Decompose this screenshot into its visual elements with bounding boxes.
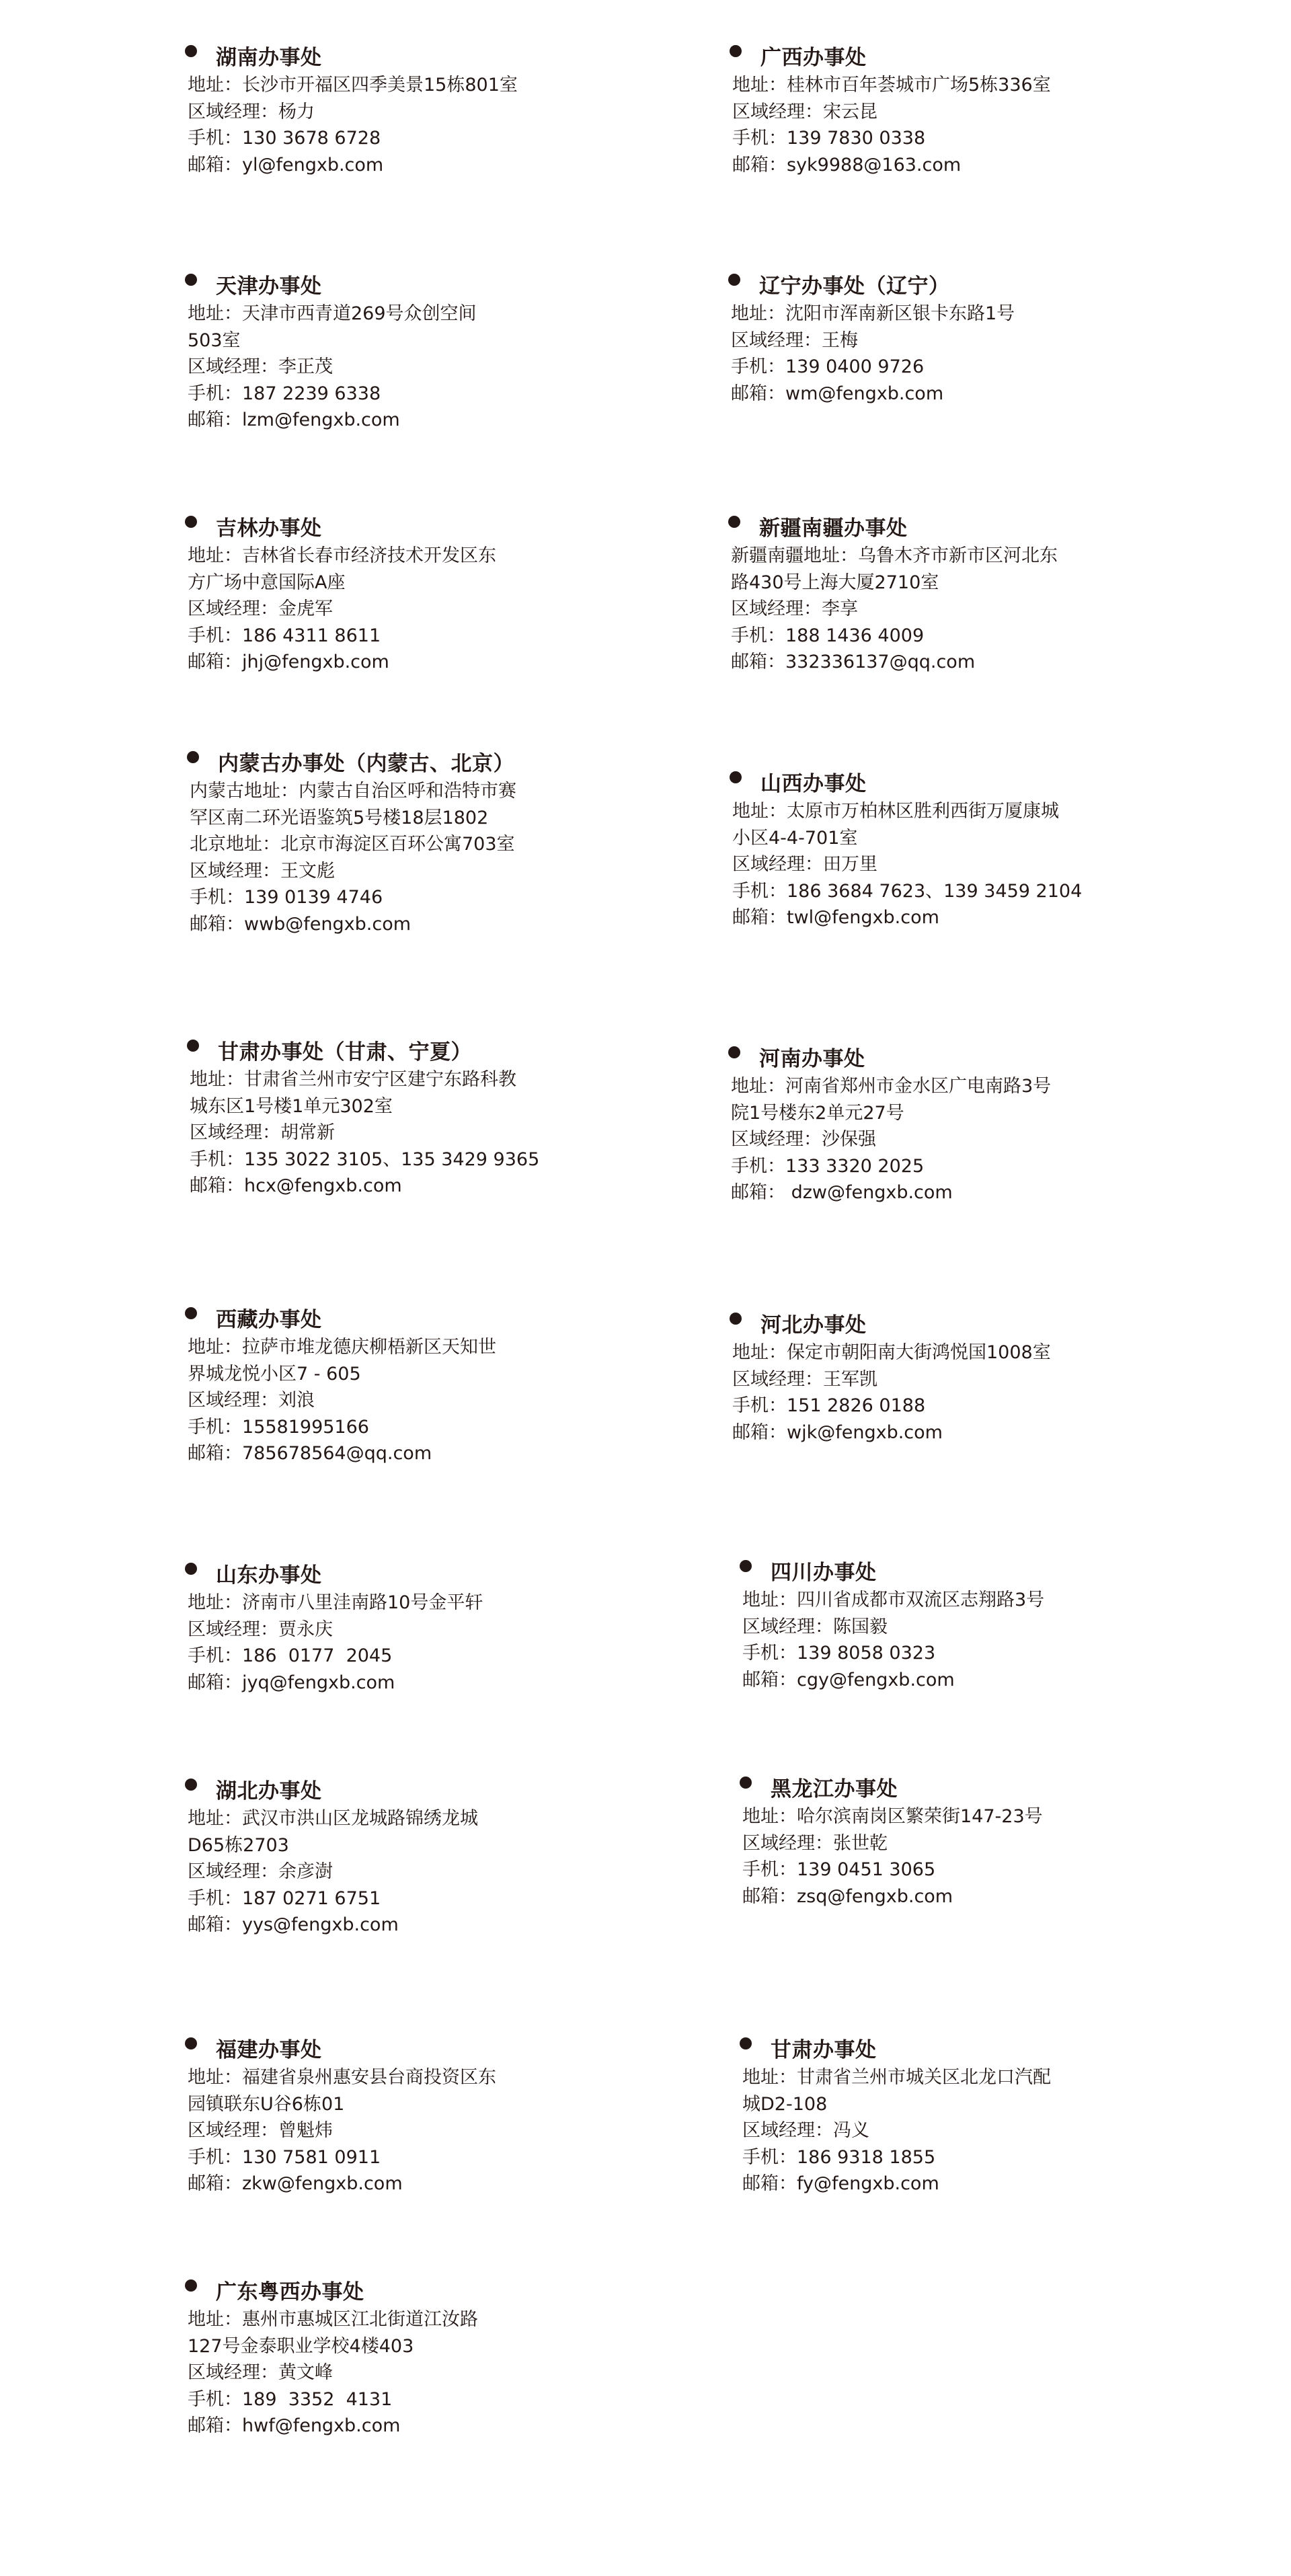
- bullet-icon: [185, 274, 197, 286]
- bullet-icon: [728, 1046, 740, 1058]
- office-address-cont: 127号金泰职业学校4楼403: [188, 2333, 561, 2360]
- office-manager: 区域经理：田万里: [732, 851, 1133, 878]
- bullet-icon: [728, 274, 740, 286]
- office-address-cont: 城东区1号楼1单元302室: [190, 1093, 590, 1120]
- office-hunan: 湖南办事处 地址：长沙市开福区四季美景15栋801室 区域经理：杨力 手机：13…: [185, 38, 561, 178]
- office-title: 山东办事处: [216, 1558, 322, 1588]
- office-phone: 手机：186 9318 1855: [742, 2144, 1116, 2171]
- office-manager: 区域经理：金虎军: [188, 596, 561, 623]
- office-liaoning: 辽宁办事处（辽宁） 地址：沈阳市浑南新区银卡东路1号 区域经理：王梅 手机：13…: [728, 267, 1105, 407]
- office-address: 地址：太原市万柏林区胜利西街万厦康城: [732, 798, 1133, 825]
- office-manager: 区域经理：王梅: [731, 327, 1105, 354]
- office-email: 邮箱：twl@fengxb.com: [732, 904, 1133, 931]
- office-email: 邮箱：yl@fengxb.com: [188, 152, 561, 179]
- office-title: 西藏办事处: [216, 1302, 322, 1333]
- office-address: 地址：桂林市百年荟城市广场5栋336室: [732, 72, 1106, 99]
- bullet-icon: [185, 1563, 197, 1575]
- office-address: 地址：吉林省长春市经济技术开发区东: [188, 543, 561, 570]
- office-address: 新疆南疆地址：乌鲁木齐市新市区河北东: [731, 543, 1105, 570]
- office-manager: 区域经理：王文彪: [190, 858, 590, 885]
- office-title: 湖南办事处: [216, 40, 322, 71]
- office-phone: 手机：186 0177 2045: [188, 1643, 561, 1670]
- office-title: 甘肃办事处（甘肃、宁夏）: [218, 1035, 472, 1065]
- office-email: 邮箱：wwb@fengxb.com: [190, 911, 590, 938]
- office-phone: 手机：133 3320 2025: [731, 1153, 1105, 1180]
- office-title: 福建办事处: [216, 2033, 322, 2063]
- office-shanxi: 山西办事处 地址：太原市万柏林区胜利西街万厦康城 小区4-4-701室 区域经理…: [730, 765, 1133, 931]
- office-fujian: 福建办事处 地址：福建省泉州惠安县台商投资区东 园镇联东U谷6栋01 区域经理：…: [185, 2031, 561, 2197]
- office-phone: 手机：139 0451 3065: [742, 1857, 1116, 1883]
- bullet-icon: [728, 516, 740, 528]
- office-address-cont: 路430号上海大厦2710室: [731, 570, 1105, 596]
- office-address-cont: 园镇联东U谷6栋01: [188, 2091, 561, 2118]
- office-title: 天津办事处: [216, 269, 322, 299]
- office-phone: 手机：186 3684 7623、139 3459 2104: [732, 878, 1133, 905]
- office-manager: 区域经理：冯义: [742, 2117, 1116, 2144]
- office-address: 地址：甘肃省兰州市安宁区建宁东路科教: [190, 1066, 590, 1093]
- bullet-icon: [187, 1040, 199, 1052]
- office-title: 辽宁办事处（辽宁）: [759, 269, 950, 299]
- office-address: 地址：福建省泉州惠安县台商投资区东: [188, 2064, 561, 2091]
- office-email: 邮箱：cgy@fengxb.com: [742, 1667, 1116, 1694]
- office-title: 湖北办事处: [216, 1774, 322, 1804]
- office-email: 邮箱：jhj@fengxb.com: [188, 649, 561, 676]
- office-email: 邮箱：wm@fengxb.com: [731, 381, 1105, 407]
- office-email: 邮箱：jyq@fengxb.com: [188, 1670, 561, 1696]
- office-manager: 区域经理：沙保强: [731, 1126, 1105, 1153]
- office-xinjiang-south: 新疆南疆办事处 新疆南疆地址：乌鲁木齐市新市区河北东 路430号上海大厦2710…: [728, 509, 1105, 676]
- office-sichuan: 四川办事处 地址：四川省成都市双流区志翔路3号 区域经理：陈国毅 手机：139 …: [740, 1553, 1116, 1693]
- office-manager: 区域经理：曾魁炜: [188, 2117, 561, 2144]
- bullet-icon: [730, 771, 742, 783]
- office-manager: 区域经理：王军凯: [732, 1366, 1106, 1393]
- office-email: 邮箱：lzm@fengxb.com: [188, 407, 561, 434]
- office-tibet: 西藏办事处 地址：拉萨市堆龙德庆柳梧新区天知世 界城龙悦小区7 - 605 区域…: [185, 1300, 561, 1467]
- office-email: 邮箱：syk9988@163.com: [732, 152, 1106, 179]
- office-address: 地址：河南省郑州市金水区广电南路3号: [731, 1073, 1105, 1100]
- office-gansu: 甘肃办事处 地址：甘肃省兰州市城关区北龙口汽配 城D2-108 区域经理：冯义 …: [740, 2031, 1116, 2197]
- office-phone: 手机：187 2239 6338: [188, 381, 561, 407]
- office-address: 地址：武汉市洪山区龙城路锦绣龙城: [188, 1805, 561, 1832]
- office-manager: 区域经理：李享: [731, 596, 1105, 623]
- bullet-icon: [740, 2037, 752, 2050]
- office-address-cont: 界城龙悦小区7 - 605: [188, 1361, 561, 1388]
- office-email: 邮箱：hcx@fengxb.com: [190, 1173, 590, 1200]
- office-email: 邮箱：hwf@fengxb.com: [188, 2413, 561, 2440]
- office-address: 地址：天津市西青道269号众创空间: [188, 301, 561, 327]
- office-phone: 手机：189 3352 4131: [188, 2386, 561, 2413]
- office-manager: 区域经理：杨力: [188, 99, 561, 126]
- office-phone: 手机：139 7830 0338: [732, 125, 1106, 152]
- office-hubei: 湖北办事处 地址：武汉市洪山区龙城路锦绣龙城 D65栋2703 区域经理：余彦澍…: [185, 1772, 561, 1939]
- office-email: 邮箱：fy@fengxb.com: [742, 2171, 1116, 2197]
- office-phone: 手机：188 1436 4009: [731, 623, 1105, 650]
- office-address: 地址：哈尔滨南岗区繁荣街147-23号: [742, 1803, 1116, 1830]
- bullet-icon: [185, 1779, 197, 1791]
- office-phone: 手机：135 3022 3105、135 3429 9365: [190, 1146, 590, 1173]
- office-email: 邮箱：785678564@qq.com: [188, 1440, 561, 1467]
- office-address-cont: 503室: [188, 327, 561, 354]
- office-address-beijing: 北京地址：北京市海淀区百环公寓703室: [190, 831, 590, 858]
- office-phone: 手机：15581995166: [188, 1414, 561, 1441]
- office-email: 邮箱：zkw@fengxb.com: [188, 2171, 561, 2197]
- office-title: 内蒙古办事处（内蒙古、北京）: [218, 746, 514, 777]
- office-phone: 手机：139 0400 9726: [731, 354, 1105, 381]
- bullet-icon: [740, 1560, 752, 1572]
- office-manager: 区域经理：李正茂: [188, 354, 561, 381]
- office-phone: 手机：139 0139 4746: [190, 884, 590, 911]
- office-manager: 区域经理：黄文峰: [188, 2359, 561, 2386]
- office-title: 新疆南疆办事处: [759, 511, 908, 541]
- office-phone: 手机：187 0271 6751: [188, 1885, 561, 1912]
- office-email: 邮箱：wjk@fengxb.com: [732, 1419, 1106, 1446]
- bullet-icon: [185, 45, 197, 57]
- office-title: 山西办事处: [760, 767, 867, 797]
- office-phone: 手机：151 2826 0188: [732, 1393, 1106, 1419]
- office-address: 地址：惠州市惠城区江北街道江汝路: [188, 2306, 561, 2333]
- office-address: 地址：长沙市开福区四季美景15栋801室: [188, 72, 561, 99]
- bullet-icon: [730, 1313, 742, 1325]
- office-address-cont: 城D2-108: [742, 2091, 1116, 2118]
- office-title: 河南办事处: [759, 1042, 865, 1072]
- office-address: 地址：四川省成都市双流区志翔路3号: [742, 1587, 1116, 1614]
- office-title: 黑龙江办事处: [771, 1772, 898, 1802]
- bullet-icon: [730, 45, 742, 57]
- office-manager: 区域经理：陈国毅: [742, 1614, 1116, 1641]
- bullet-icon: [185, 2279, 197, 2292]
- office-address-cont: 院1号楼东2单元27号: [731, 1100, 1105, 1127]
- bullet-icon: [187, 751, 199, 763]
- office-address-cont: D65栋2703: [188, 1832, 561, 1859]
- office-email: 邮箱：yys@fengxb.com: [188, 1912, 561, 1939]
- office-manager: 区域经理：余彦澍: [188, 1859, 561, 1885]
- office-manager: 区域经理：刘浪: [188, 1387, 561, 1414]
- office-gansu-ningxia: 甘肃办事处（甘肃、宁夏） 地址：甘肃省兰州市安宁区建宁东路科教 城东区1号楼1单…: [187, 1033, 590, 1200]
- office-title: 广西办事处: [760, 40, 867, 71]
- office-inner-mongolia: 内蒙古办事处（内蒙古、北京） 内蒙古地址：内蒙古自治区呼和浩特市赛 罕区南二环光…: [187, 744, 590, 937]
- office-title: 四川办事处: [771, 1555, 877, 1586]
- office-address-inner-mongolia: 内蒙古地址：内蒙古自治区呼和浩特市赛: [190, 778, 590, 805]
- office-address: 地址：济南市八里洼南路10号金平轩: [188, 1590, 561, 1616]
- office-title: 吉林办事处: [216, 511, 322, 541]
- office-address: 地址：甘肃省兰州市城关区北龙口汽配: [742, 2064, 1116, 2091]
- office-shandong: 山东办事处 地址：济南市八里洼南路10号金平轩 区域经理：贾永庆 手机：186 …: [185, 1556, 561, 1696]
- office-email: 邮箱：zsq@fengxb.com: [742, 1883, 1116, 1910]
- office-guangxi: 广西办事处 地址：桂林市百年荟城市广场5栋336室 区域经理：宋云昆 手机：13…: [730, 38, 1106, 178]
- office-henan: 河南办事处 地址：河南省郑州市金水区广电南路3号 院1号楼东2单元27号 区域经…: [728, 1040, 1105, 1206]
- office-hebei: 河北办事处 地址：保定市朝阳南大街鸿悦国1008室 区域经理：王军凯 手机：15…: [730, 1306, 1106, 1446]
- office-manager: 区域经理：贾永庆: [188, 1616, 561, 1643]
- office-title: 甘肃办事处: [771, 2033, 877, 2063]
- office-manager: 区域经理：胡常新: [190, 1120, 590, 1146]
- office-phone: 手机：186 4311 8611: [188, 623, 561, 650]
- office-address-cont: 罕区南二环光语鉴筑5号楼18层1802: [190, 805, 590, 832]
- bullet-icon: [185, 1307, 197, 1319]
- office-title: 广东粤西办事处: [216, 2275, 364, 2305]
- office-heilongjiang: 黑龙江办事处 地址：哈尔滨南岗区繁荣街147-23号 区域经理：张世乾 手机：1…: [740, 1770, 1116, 1910]
- office-title: 河北办事处: [760, 1308, 867, 1338]
- office-address: 地址：拉萨市堆龙德庆柳梧新区天知世: [188, 1334, 561, 1361]
- office-manager: 区域经理：张世乾: [742, 1830, 1116, 1857]
- office-address: 地址：保定市朝阳南大街鸿悦国1008室: [732, 1339, 1106, 1366]
- office-guangdong-west: 广东粤西办事处 地址：惠州市惠城区江北街道江汝路 127号金泰职业学校4楼403…: [185, 2273, 561, 2440]
- office-jilin: 吉林办事处 地址：吉林省长春市经济技术开发区东 方广场中意国际A座 区域经理：金…: [185, 509, 561, 676]
- bullet-icon: [185, 2037, 197, 2050]
- office-manager: 区域经理：宋云昆: [732, 99, 1106, 126]
- office-email: 邮箱：332336137@qq.com: [731, 649, 1105, 676]
- office-phone: 手机：139 8058 0323: [742, 1640, 1116, 1667]
- bullet-icon: [185, 516, 197, 528]
- office-phone: 手机：130 7581 0911: [188, 2144, 561, 2171]
- office-address-cont: 小区4-4-701室: [732, 825, 1133, 852]
- office-address-cont: 方广场中意国际A座: [188, 570, 561, 596]
- office-tianjin: 天津办事处 地址：天津市西青道269号众创空间 503室 区域经理：李正茂 手机…: [185, 267, 561, 434]
- office-email: 邮箱： dzw@fengxb.com: [731, 1179, 1105, 1206]
- bullet-icon: [740, 1777, 752, 1789]
- office-phone: 手机：130 3678 6728: [188, 125, 561, 152]
- office-address: 地址：沈阳市浑南新区银卡东路1号: [731, 301, 1105, 327]
